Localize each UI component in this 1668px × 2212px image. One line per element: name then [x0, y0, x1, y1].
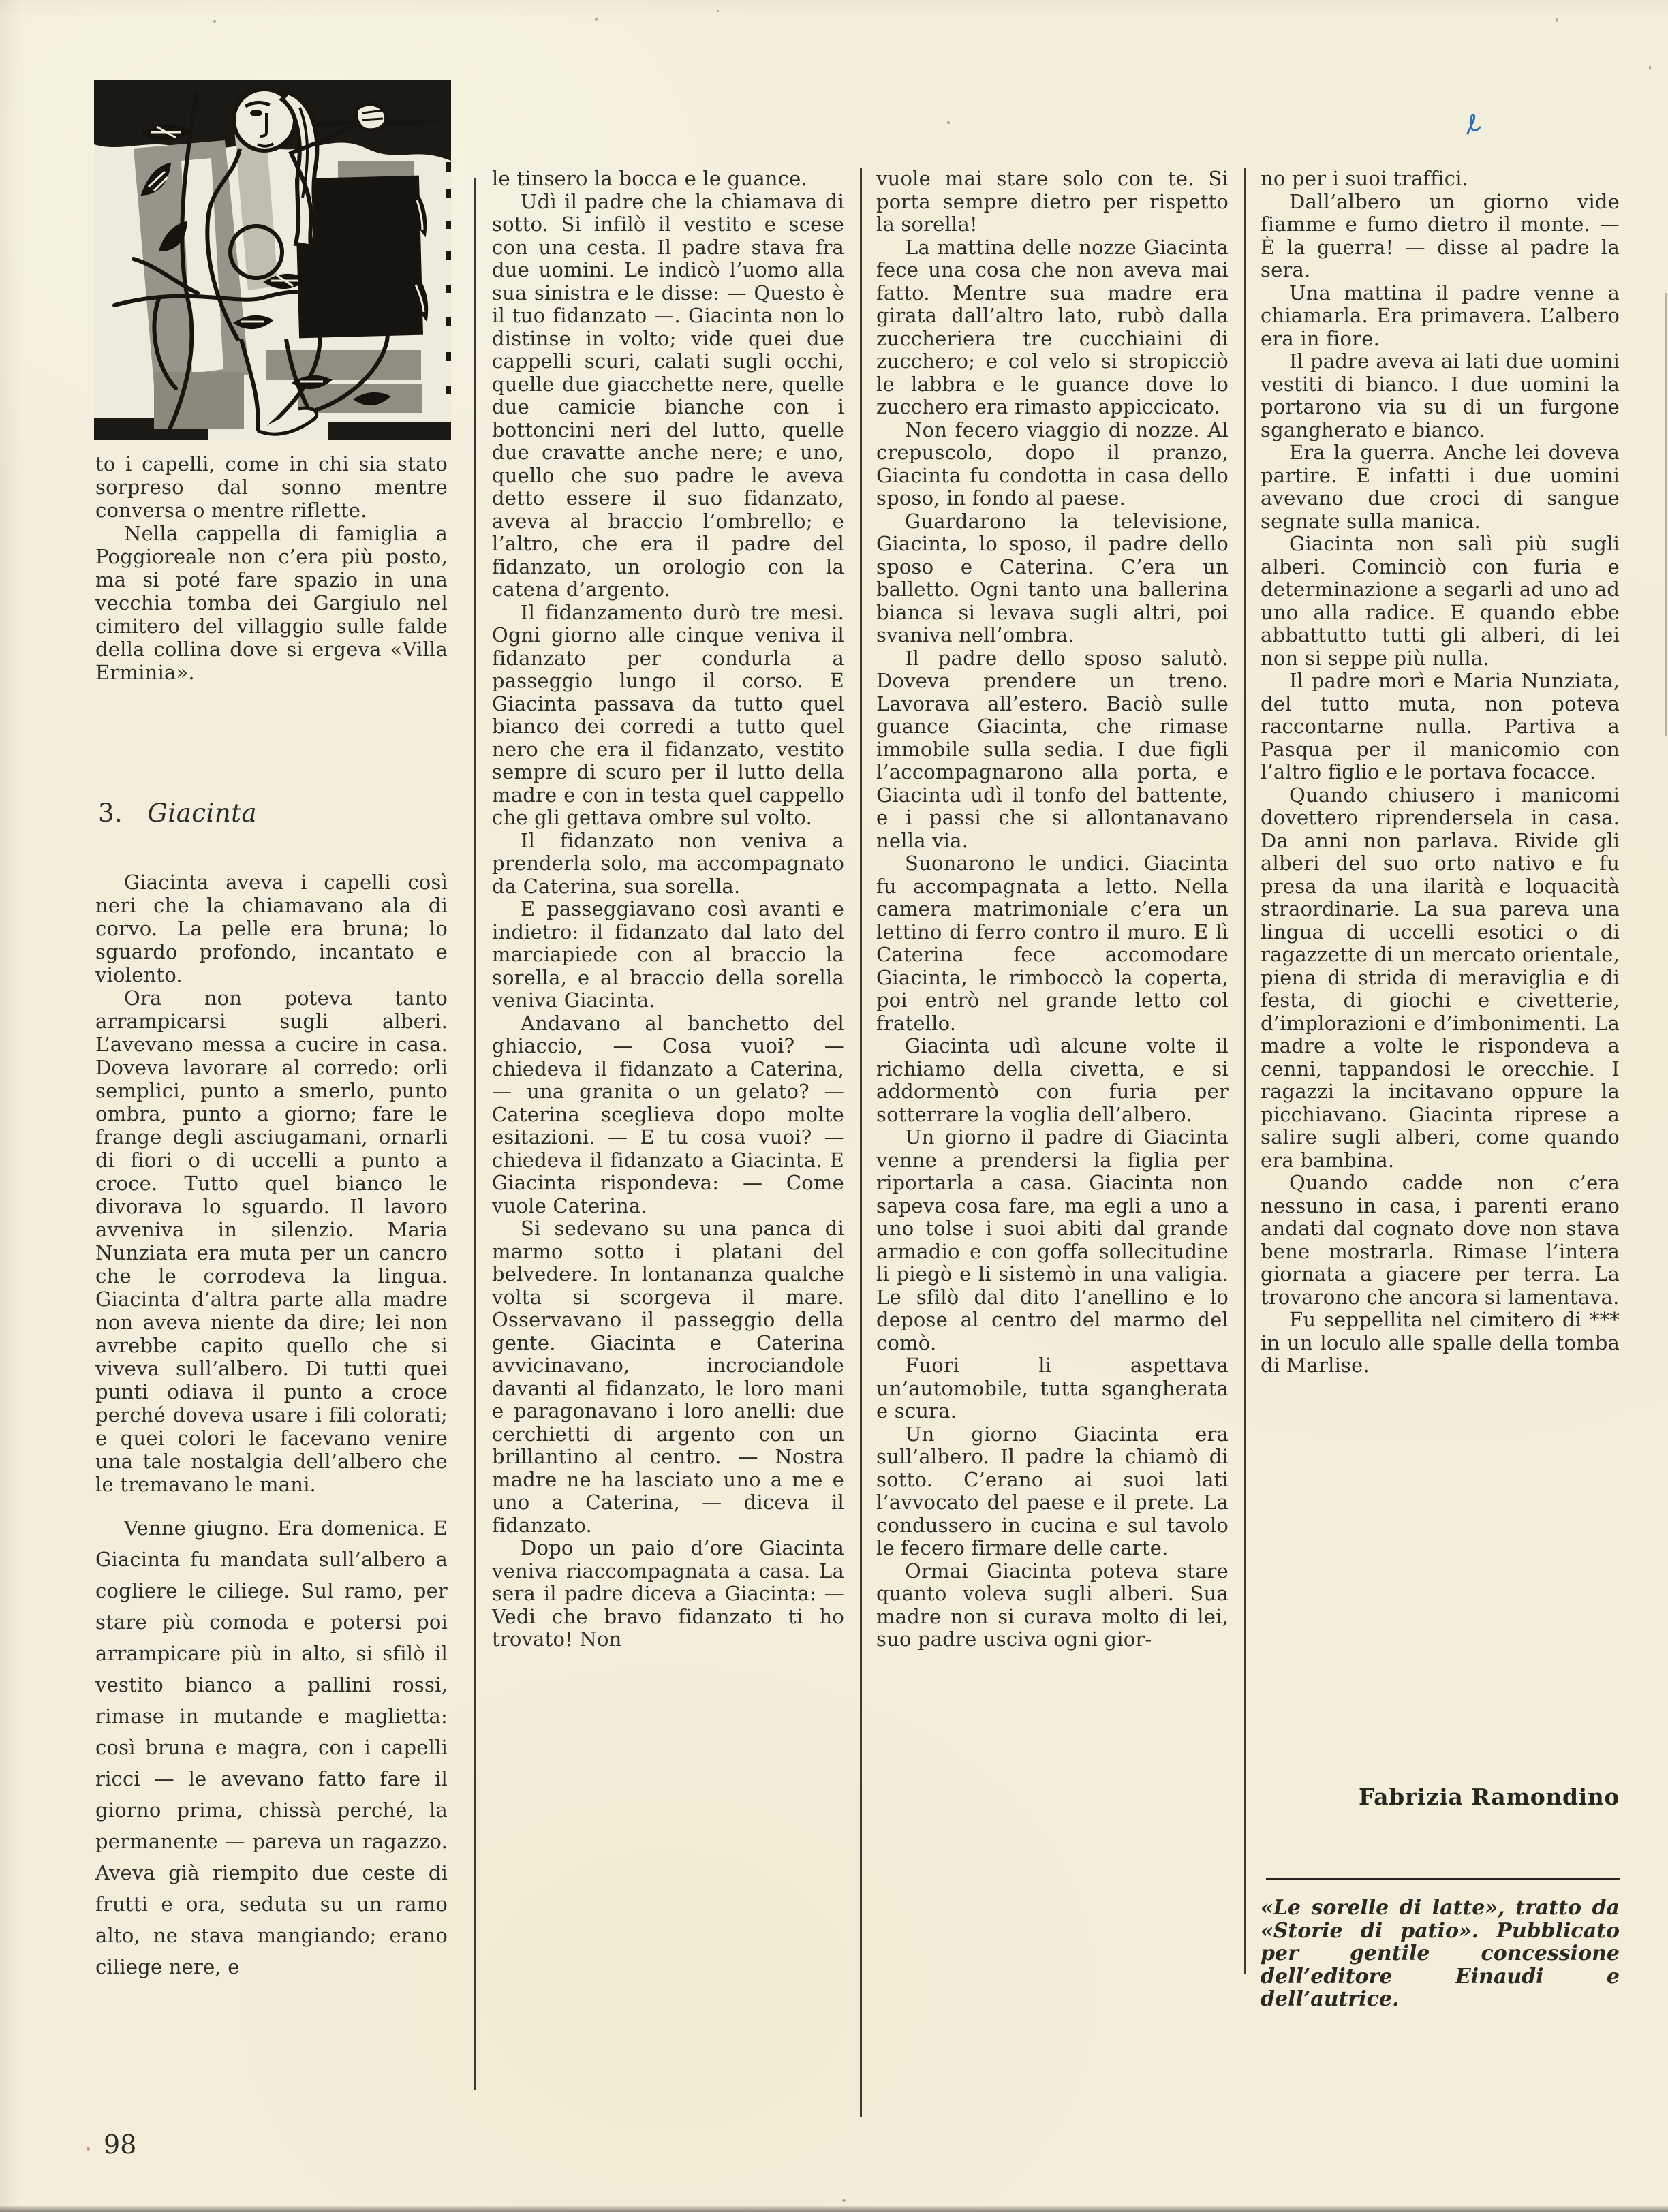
paragraph: Ora non poteva tanto arrampicarsi sugli … [95, 986, 448, 1496]
paragraph: Fuori li aspettava un’automobile, tutta … [876, 1354, 1229, 1423]
paragraph: Dall’albero un giorno vide fiamme e fumo… [1261, 191, 1620, 282]
paragraph: Dopo un paio d’ore Giacinta veniva riacc… [492, 1537, 844, 1651]
paragraph: Giacinta aveva i capelli così neri che l… [95, 871, 448, 986]
paragraph: to i capelli, come in chi sia stato sorp… [95, 452, 448, 522]
paragraph: Un giorno il padre di Giacinta venne a p… [876, 1126, 1229, 1354]
column-rule-1 [474, 178, 476, 2090]
footnote-rule [1266, 1878, 1620, 1880]
paragraph: Giacinta udì alcune volte il richiamo de… [876, 1035, 1229, 1126]
paragraph: Andavano al banchetto del ghiaccio, — Co… [492, 1012, 844, 1218]
dust-speck [87, 2147, 90, 2151]
section-number: 3. [98, 798, 123, 828]
section-title: Giacinta [147, 798, 257, 828]
paragraph: Giacinta non salì più sugli alberi. Comi… [1261, 533, 1620, 670]
author-signature: Fabrizia Ramondino [1261, 1783, 1620, 1810]
paragraph: le tinsero la bocca e le guance. [492, 168, 844, 191]
paragraph: Una mattina il padre venne a chiamarla. … [1261, 282, 1620, 351]
paragraph: Fu seppellita nel cimitero di *** in un … [1261, 1309, 1620, 1377]
illustration-svg [94, 80, 451, 440]
section-heading: 3.Giacinta [98, 798, 448, 828]
page-number: 98 [104, 2131, 136, 2158]
paragraph: Il padre morì e Maria Nunziata, del tutt… [1261, 670, 1620, 784]
text-column-3: vuole mai stare solo con te. Si porta se… [876, 168, 1229, 1651]
paragraph: Nella cappella di famiglia a Poggioreale… [95, 522, 448, 684]
paragraph: Ormai Giacinta poteva stare quanto volev… [876, 1560, 1229, 1651]
dust-speck [213, 20, 216, 23]
column-rule-3 [1244, 168, 1246, 1974]
scan-edge-right [1665, 293, 1667, 736]
leger-style-illustration [94, 80, 451, 440]
dust-speck [947, 121, 950, 124]
paragraph: Si sedevano su una panca di marmo sotto … [492, 1217, 844, 1537]
dust-speck [717, 10, 719, 12]
paragraph: Il padre aveva ai lati due uomini vestit… [1261, 350, 1620, 441]
paragraph: Il fidanzamento durò tre mesi. Ogni gior… [492, 602, 844, 830]
paragraph: vuole mai stare solo con te. Si porta se… [876, 168, 1229, 236]
text-column-1: to i capelli, come in chi sia stato sorp… [95, 452, 448, 1982]
dust-speck [595, 18, 598, 21]
magazine-page: to i capelli, come in chi sia stato sorp… [0, 0, 1668, 2212]
paragraph: Il padre dello sposo salutò. Doveva pren… [876, 647, 1229, 853]
paragraph: La mattina delle nozze Giacinta fece una… [876, 236, 1229, 419]
text-column-2: le tinsero la bocca e le guance.Udì il p… [492, 168, 844, 1651]
dust-speck [1556, 18, 1558, 22]
paragraph: Venne giugno. Era domenica. E Giacinta f… [95, 1512, 448, 1982]
credit-footnote: «Le sorelle di latte», tratto da «Storie… [1261, 1897, 1620, 2011]
paragraph: Quando chiusero i manicomi dovettero rip… [1261, 784, 1620, 1172]
dust-speck [1649, 65, 1651, 70]
blue-pen-mark [1465, 113, 1483, 136]
paragraph: Udì il padre che la chiamava di sotto. S… [492, 191, 844, 602]
paragraph: Era la guerra. Anche lei doveva partire.… [1261, 441, 1620, 533]
paragraph: Il fidanzato non veniva a prenderla solo… [492, 830, 844, 899]
paragraph: Non fecero viaggio di nozze. Al crepusco… [876, 419, 1229, 510]
paragraph: Suonarono le undici. Giacinta fu accompa… [876, 852, 1229, 1035]
paragraph: Guardarono la televisione, Giacinta, lo … [876, 510, 1229, 647]
column-rule-2 [860, 168, 862, 2117]
text-column-4: no per i suoi traffici.Dall’albero un gi… [1261, 168, 1620, 1377]
paragraph: Un giorno Giacinta era sull’albero. Il p… [876, 1423, 1229, 1560]
paragraph: E passeggiavano così avanti e indietro: … [492, 898, 844, 1012]
dust-speck [842, 2199, 846, 2202]
scan-edge-bottom [0, 2206, 1668, 2212]
paragraph: Quando cadde non c’era nessuno in casa, … [1261, 1172, 1620, 1309]
paragraph: no per i suoi traffici. [1261, 168, 1620, 191]
